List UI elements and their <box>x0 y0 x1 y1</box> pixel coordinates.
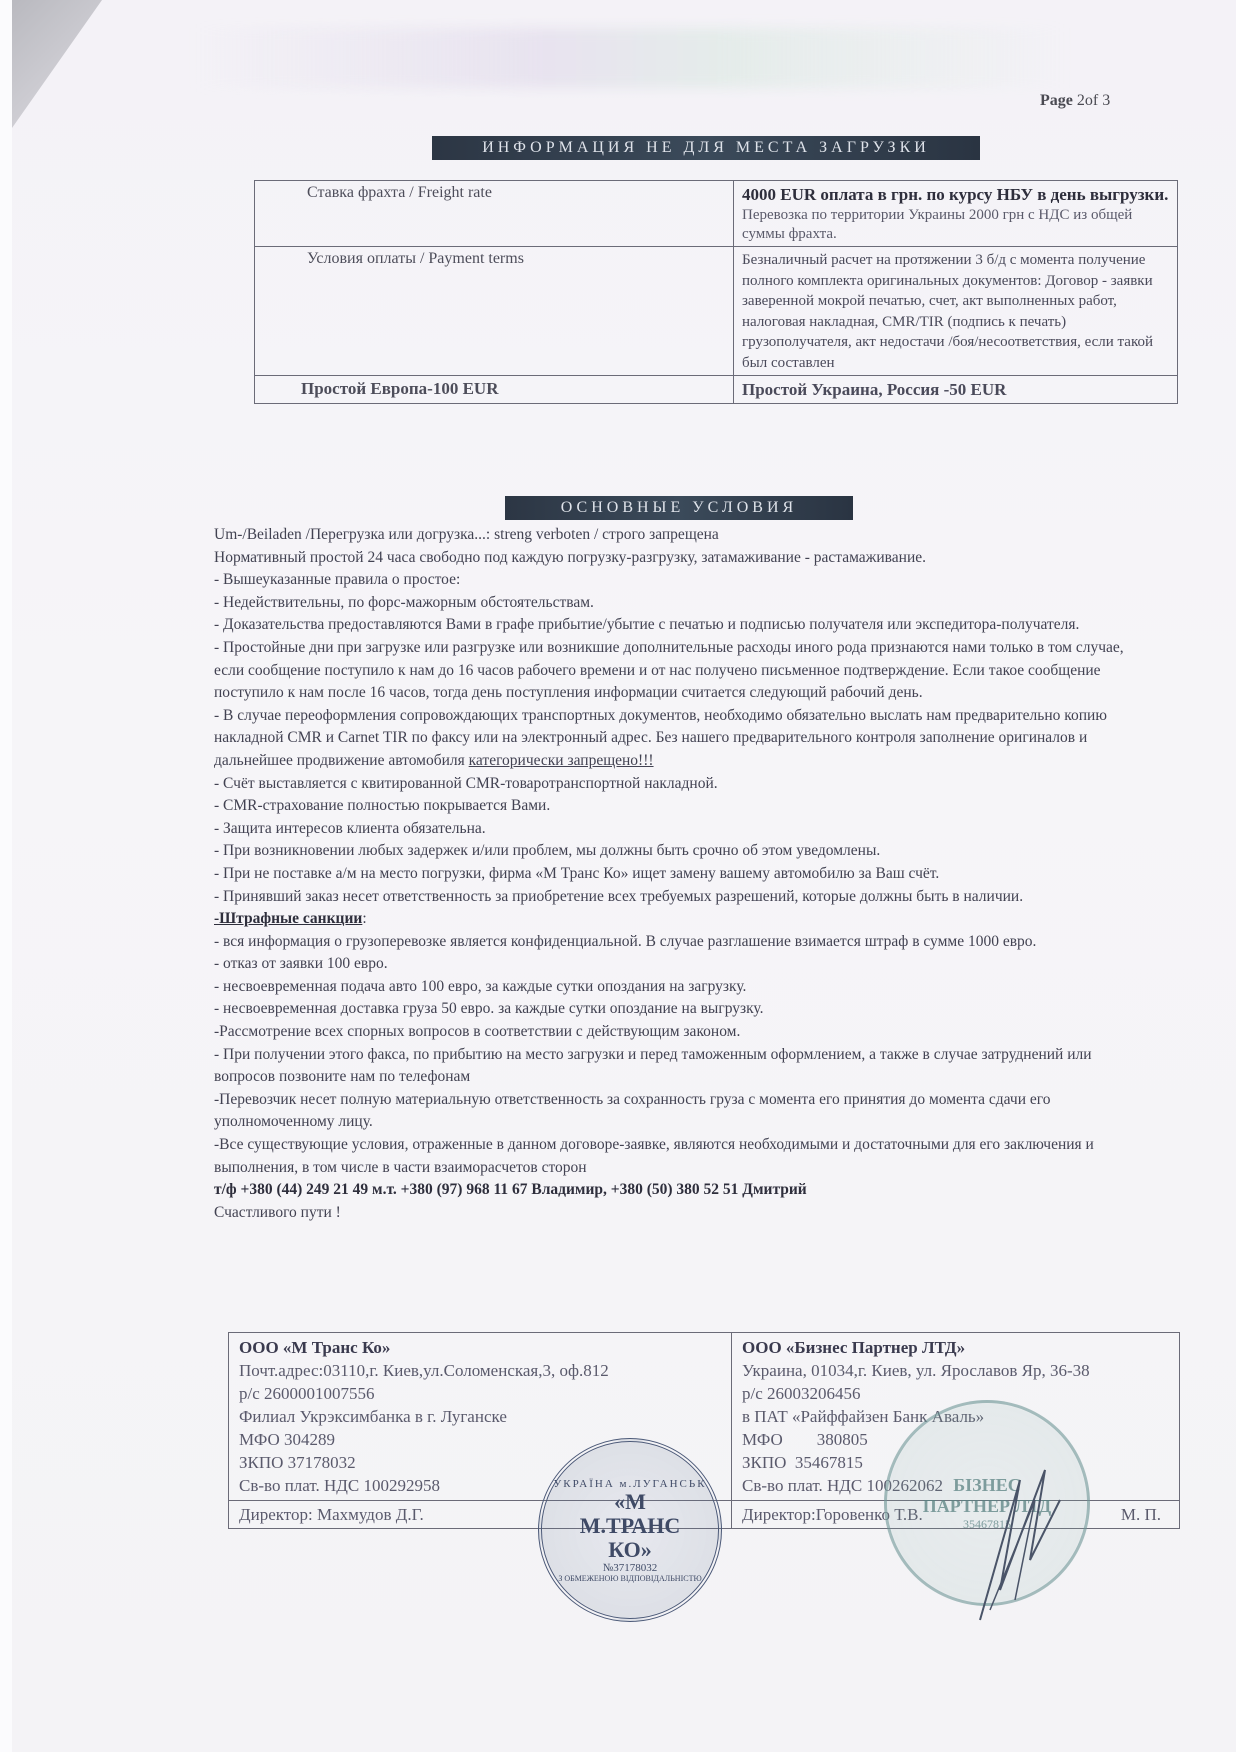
stamp-ring-text: З ОБМЕЖЕНОЮ ВІДПОВІДАЛЬНІСТЮ <box>558 1574 701 1583</box>
penalty-item: - отказ от заявки 100 евро. <box>214 953 1144 976</box>
penalty-item: - несвоевременная доставка груза 50 евро… <box>214 998 1144 1021</box>
folded-corner <box>12 0 102 128</box>
term-item: - Принявший заказ несет ответственность … <box>214 886 1144 909</box>
term-item: - Недействительны, по форс-мажорным обст… <box>214 592 1144 615</box>
party-right-address: Украина, 01034,г. Киев, ул. Ярославов Яр… <box>742 1359 1169 1382</box>
signature-icon <box>960 1440 1080 1640</box>
term-item: - При возникновении любых задержек и/или… <box>214 840 1144 863</box>
penalty-item: -Все существующие условия, отраженные в … <box>214 1134 1144 1179</box>
page-number: Page 2of 3 <box>1040 92 1110 110</box>
term-item: - Защита интересов клиента обязательна. <box>214 818 1144 841</box>
scan-smudge <box>190 28 1070 88</box>
freight-rate-value: 4000 EUR оплата в грн. по курсу НБУ в де… <box>734 181 1178 247</box>
document-page: Page 2of 3 ИНФОРМАЦИЯ НЕ ДЛЯ МЕСТА ЗАГРУ… <box>0 0 1236 1752</box>
stamp-text: КО» <box>608 1538 652 1562</box>
downtime-europe: Простой Европа-100 EUR <box>255 376 734 404</box>
downtime-ukraine: Простой Украина, Россия -50 EUR <box>734 376 1178 404</box>
term-item: - При не поставке а/м на место погрузки,… <box>214 863 1144 886</box>
payment-terms-value: Безналичный расчет на протяжении 3 б/д с… <box>734 247 1178 376</box>
page-count: 2of 3 <box>1077 92 1110 109</box>
seal-mark: М. П. <box>1121 1503 1169 1526</box>
party-left-name: ООО «М Транс Ко» <box>239 1336 721 1359</box>
freight-rate-label: Ставка фрахта / Freight rate <box>255 181 734 247</box>
scan-edge <box>0 0 12 1752</box>
party-right-name: ООО «Бизнес Партнер ЛТД» <box>742 1336 1169 1359</box>
penalties-heading: -Штрафные санкции: <box>214 908 1144 931</box>
term-item: - CMR-страхование полностью покрывается … <box>214 795 1144 818</box>
stamp-number: №37178032 <box>603 1562 658 1574</box>
term-item: - Доказательства предоставляются Вами в … <box>214 614 1144 637</box>
term-item: - Счёт выставляется с квитированной CMR-… <box>214 773 1144 796</box>
penalty-item: - вся информация о грузоперевозке являет… <box>214 931 1144 954</box>
terms-list: Um-/Beiladen /Перегрузка или догрузка...… <box>214 524 1144 1224</box>
term-item: - Вышеуказанные правила о простое: <box>214 569 1144 592</box>
freight-rate-note: Перевозка по территории Украины 2000 грн… <box>742 206 1169 244</box>
stamp-text: «М <box>614 1490 646 1514</box>
table-row: Простой Европа-100 EUR Простой Украина, … <box>255 376 1178 404</box>
contact-phones: т/ф +380 (44) 249 21 49 м.т. +380 (97) 9… <box>214 1179 1144 1202</box>
table-row: Условия оплаты / Payment terms Безналичн… <box>255 247 1178 376</box>
term-forbidden: категорически запрещено!!! <box>469 752 654 769</box>
rates-table: Ставка фрахта / Freight rate 4000 EUR оп… <box>254 180 1178 404</box>
company-stamp-left: УКРАЇНА м.ЛУГАНСЬК «М М.ТРАНС КО» №37178… <box>538 1438 722 1622</box>
page-label: Page <box>1040 92 1073 109</box>
term-text: - В случае переоформления сопровождающих… <box>214 707 1107 769</box>
penalty-item: -Рассмотрение всех спорных вопросов в со… <box>214 1021 1144 1044</box>
party-left-address: Почт.адрес:03110,г. Киев,ул.Соломенская,… <box>239 1359 721 1382</box>
party-right-account: р/с 26003206456 <box>742 1382 1169 1405</box>
penalty-item: -Перевозчик несет полную материальную от… <box>214 1089 1144 1134</box>
farewell: Счастливого пути ! <box>214 1202 1144 1225</box>
table-row: Ставка фрахта / Freight rate 4000 EUR оп… <box>255 181 1178 247</box>
party-left-bank: Филиал Укрэксимбанка в г. Луганске <box>239 1405 721 1428</box>
term-item: Нормативный простой 24 часа свободно под… <box>214 547 1144 570</box>
section-title-info: ИНФОРМАЦИЯ НЕ ДЛЯ МЕСТА ЗАГРУЗКИ <box>432 136 980 160</box>
term-item: Um-/Beiladen /Перегрузка или догрузка...… <box>214 524 1144 547</box>
stamp-text: М.ТРАНС <box>580 1514 680 1538</box>
freight-rate-amount: 4000 EUR оплата в грн. по курсу НБУ в де… <box>742 184 1169 206</box>
stamp-ring-text: УКРАЇНА м.ЛУГАНСЬК <box>553 1478 706 1490</box>
penalty-item: - несвоевременная подача авто 100 евро, … <box>214 976 1144 999</box>
payment-terms-label: Условия оплаты / Payment terms <box>255 247 734 376</box>
penalty-item: - При получении этого факса, по прибытию… <box>214 1044 1144 1089</box>
term-item: - В случае переоформления сопровождающих… <box>214 705 1144 773</box>
section-title-conditions: ОСНОВНЫЕ УСЛОВИЯ <box>505 496 853 520</box>
party-left-account: р/с 2600001007556 <box>239 1382 721 1405</box>
penalties-title: -Штрафные санкции <box>214 910 362 927</box>
term-item: - Простойные дни при загрузке или разгру… <box>214 637 1144 705</box>
